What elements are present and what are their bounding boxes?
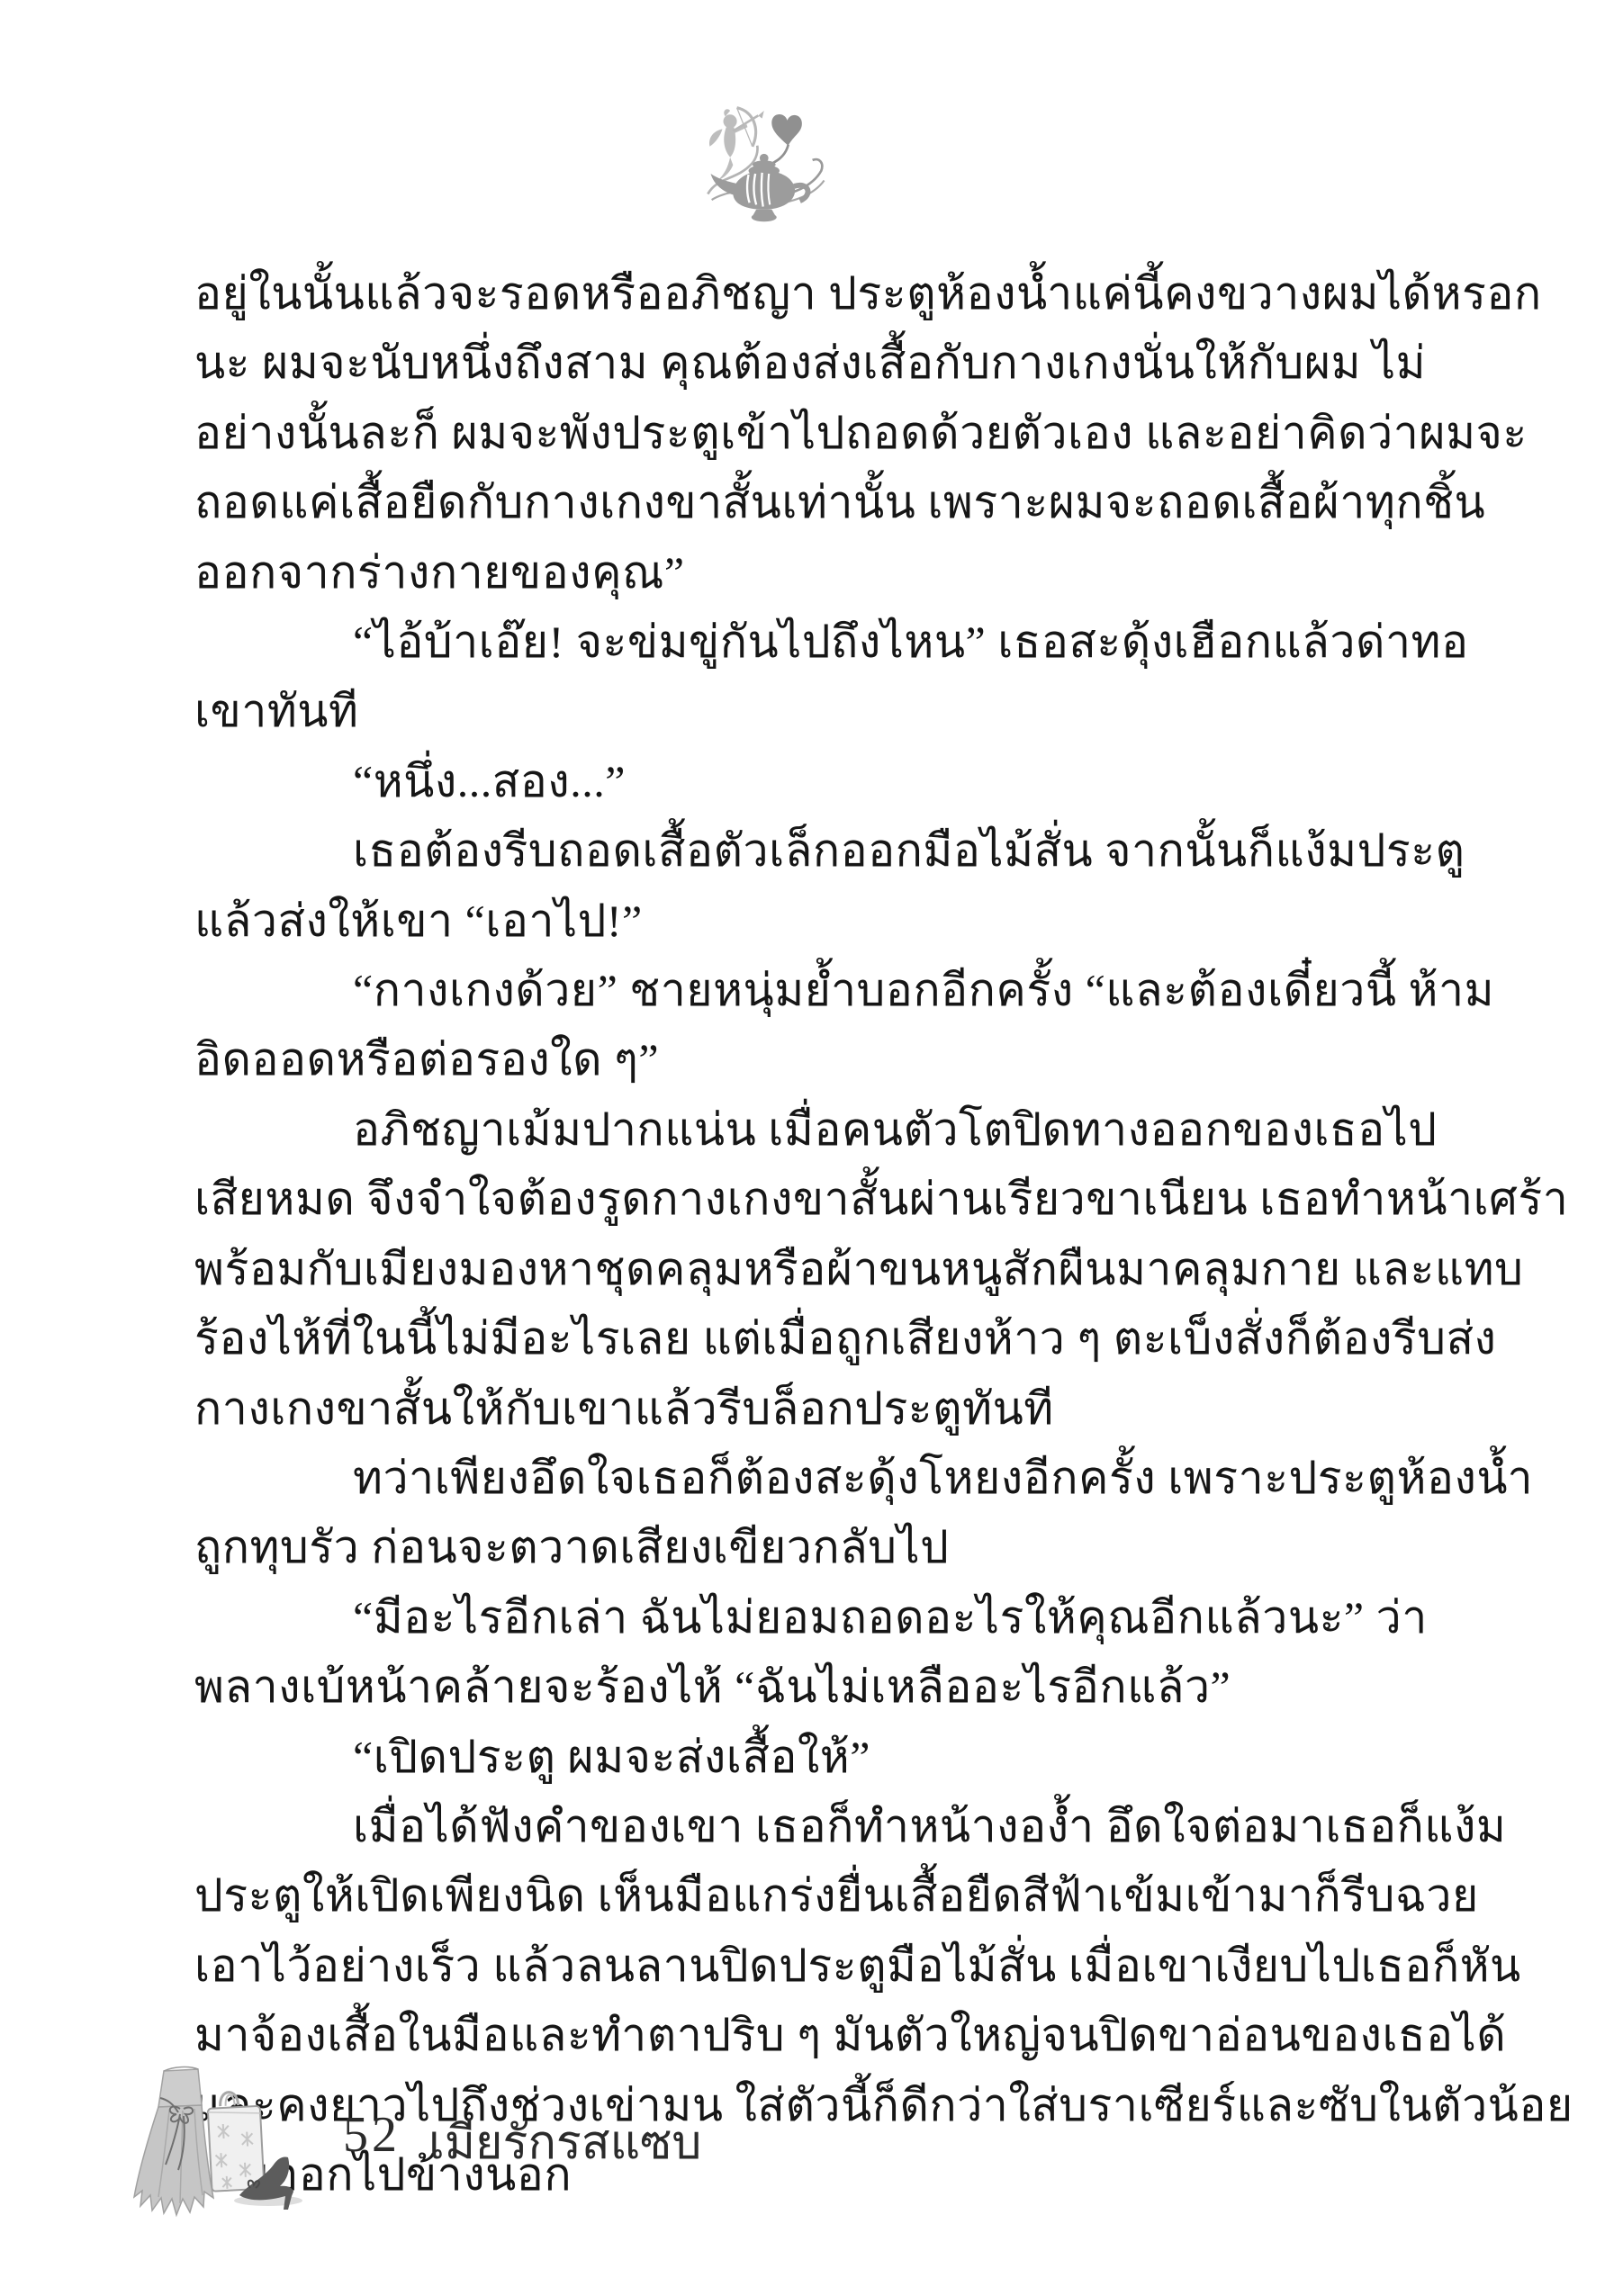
text-line: “หนึ่ง...สอง...” [194, 747, 1365, 816]
text-line: “มีอะไรอีกเล่า ฉันไม่ยอมถอดอะไรให้คุณอีก… [194, 1583, 1365, 1652]
text-line: อภิชญาเม้มปากแน่น เมื่อคนตัวโตปิดทางออกข… [194, 1095, 1365, 1165]
page-number: 52 [343, 2106, 401, 2164]
genie-lamp-icon [711, 154, 808, 221]
body-text: อยู่ในนั้นแล้วจะรอดหรืออภิชญา ประตูห้องน… [194, 259, 1365, 2210]
text-line: เอาไว้อย่างเร็ว แล้วลนลานปิดประตูมือไม้ส… [194, 1931, 1365, 2001]
text-line: แล้วส่งให้เขา “เอาไป!” [194, 887, 1365, 956]
text-line: ร้องไห้ที่ในนี้ไม่มีอะไรเลย แต่เมื่อถูกเ… [194, 1304, 1365, 1373]
text-line: ถอดแค่เสื้อยืดกับกางเกงขาสั้นเท่านั้น เพ… [194, 468, 1365, 537]
text-line: เมื่อได้ฟังคำของเขา เธอก็ทำหน้างอง้ำ อึด… [194, 1792, 1365, 1861]
text-line: พลางเบ้หน้าคล้ายจะร้องไห้ “ฉันไม่เหลืออะ… [194, 1652, 1365, 1722]
text-line: ออกจากร่างกายของคุณ” [194, 538, 1365, 608]
text-line: ประตูให้เปิดเพียงนิด เห็นมือแกร่งยื่นเสื… [194, 1861, 1365, 1931]
text-line: อิดออดหรือต่อรองใด ๆ” [194, 1025, 1365, 1094]
text-line: อยู่ในนั้นแล้วจะรอดหรืออภิชญา ประตูห้องน… [194, 259, 1365, 329]
text-line: เธอต้องรีบถอดเสื้อตัวเล็กออกมือไม้สั่น จ… [194, 816, 1365, 886]
chapter-ornament [704, 101, 830, 222]
text-line: “กางเกงด้วย” ชายหนุ่มย้ำบอกอีกครั้ง “และ… [194, 956, 1365, 1025]
text-line: ถูกทุบรัว ก่อนจะตวาดเสียงเขียวกลับไป [194, 1513, 1365, 1582]
text-line: เขาทันที [194, 677, 1365, 746]
text-line: “เปิดประตู ผมจะส่งเสื้อให้” [194, 1723, 1365, 1792]
text-line: นะ ผมจะนับหนึ่งถึงสาม คุณต้องส่งเสื้อกับ… [194, 329, 1365, 398]
footer-art [133, 2064, 354, 2221]
running-title: เมียรักรสแซบ [428, 2104, 701, 2179]
text-line: กางเกงขาสั้นให้กับเขาแล้วรีบล็อกประตูทัน… [194, 1374, 1365, 1444]
text-line: พร้อมกับเมียงมองหาชุดคลุมหรือผ้าขนหนูสัก… [194, 1235, 1365, 1304]
text-line: อย่างนั้นละก็ ผมจะพังประตูเข้าไปถอดด้วยต… [194, 399, 1365, 468]
text-line: “ไอ้บ้าเอ๊ย! จะข่มขู่กันไปถึงไหน” เธอสะด… [194, 608, 1365, 677]
book-page: อยู่ในนั้นแล้วจะรอดหรืออภิชญา ประตูห้องน… [0, 0, 1605, 2296]
shopping-bag-icon [207, 2091, 265, 2192]
text-line: ทว่าเพียงอึดใจเธอก็ต้องสะดุ้งโหยงอีกครั้… [194, 1444, 1365, 1513]
text-line: มาจ้องเสื้อในมือและทำตาปริบ ๆ มันตัวใหญ่… [194, 2001, 1365, 2070]
evening-dress-icon [134, 2067, 213, 2215]
text-line: เสียหมด จึงจำใจต้องรูดกางเกงขาสั้นผ่านเร… [194, 1165, 1365, 1234]
